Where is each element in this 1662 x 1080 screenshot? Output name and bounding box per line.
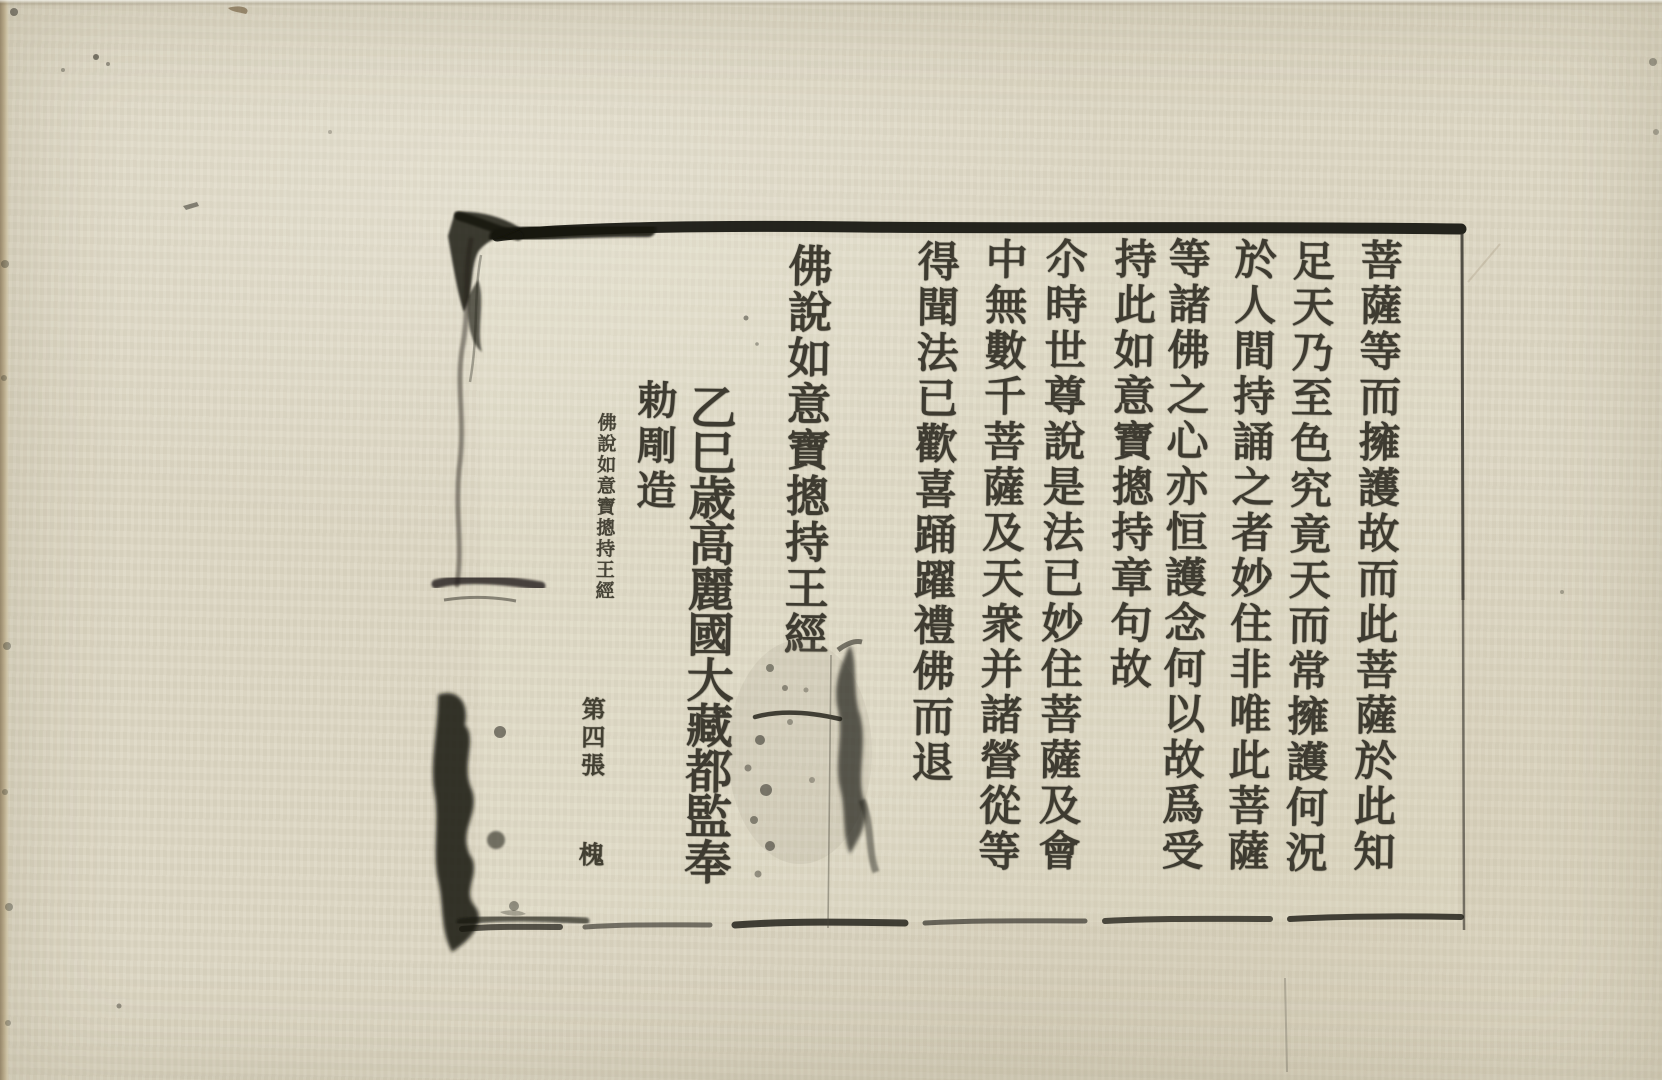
paper-page: 菩薩等而擁護故而此菩薩於此知 足天乃至色究竟天而常擁護何況 於人間持誦之者妙住非… — [0, 0, 1662, 1080]
colophon-date-column: 乙巳歳高麗國大藏都監奉 — [679, 383, 732, 884]
end-title-column: 佛說如意寶摠持王經 — [779, 243, 828, 658]
sutra-column-4: 等諸佛之心亦恒護念何以故爲受 — [1157, 236, 1207, 873]
sutra-column-2: 足天乃至色究竟天而常擁護何況 — [1281, 239, 1331, 876]
sutra-column-7: 中無數千菩薩及天衆并諸營從等 — [974, 237, 1024, 874]
sutra-column-5: 持此如意寶摠持章句故 — [1105, 237, 1153, 692]
sutra-column-3: 於人間持誦之者妙住非唯此菩薩 — [1223, 237, 1273, 874]
sutra-column-1: 菩薩等而擁護故而此菩薩於此知 — [1349, 238, 1399, 875]
sutra-column-6: 尒時世尊說是法已妙住菩薩及會 — [1034, 237, 1084, 874]
printed-text-block: 菩薩等而擁護故而此菩薩於此知 足天乃至色究竟天而常擁護何況 於人間持誦之者妙住非… — [0, 0, 1662, 1080]
volume-marker-label: 槐 — [576, 841, 601, 866]
running-title-column: 佛說如意寶摠持王經 — [593, 412, 614, 601]
sheet-number-label: 第四張 — [577, 696, 602, 780]
colophon-edict-column: 勅㓮造 — [633, 379, 675, 514]
sutra-column-8: 得聞法已歡喜踊躍禮佛而退 — [907, 239, 956, 785]
